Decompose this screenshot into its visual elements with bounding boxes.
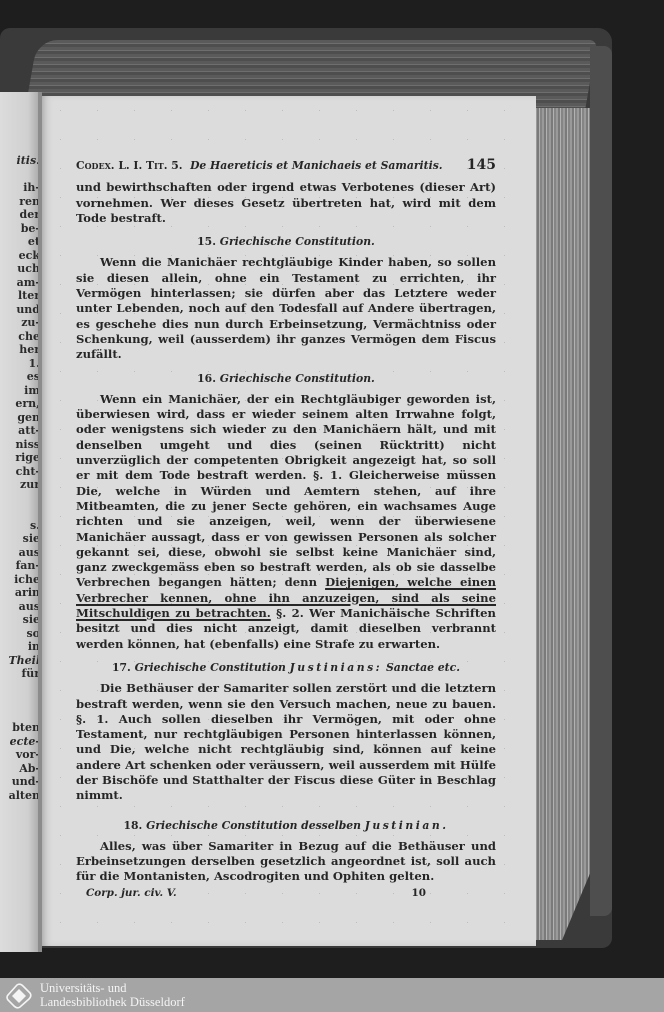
scan-viewport: itis. ih-renderbe-eteckucham-lterundzu-c…	[0, 0, 664, 978]
book-page: Codex. L. I. Tit. 5. De Haereticis et Ma…	[42, 96, 536, 946]
section-16-text: Wenn ein Manichäer, der ein Rechtgläubig…	[76, 392, 496, 652]
left-page-line: fan-	[2, 559, 40, 573]
page-number: 145	[467, 158, 496, 173]
left-page-line: vor-	[2, 748, 40, 762]
left-page-line	[2, 708, 40, 722]
left-page-line: et	[2, 235, 40, 249]
section-15-text: Wenn die Manichäer rechtgläubige Kinder …	[76, 255, 496, 362]
left-page-line: am-	[2, 276, 40, 290]
left-page-line: che	[2, 330, 40, 344]
left-page-line: in	[2, 640, 40, 654]
codex-reference: Codex. L. I. Tit. 5.	[76, 159, 183, 172]
left-page-line: so	[2, 627, 40, 641]
opening-paragraph: und bewirthschaften oder irgend etwas Ve…	[76, 180, 496, 226]
left-page-line: für	[2, 667, 40, 681]
running-head-title: Codex. L. I. Tit. 5. De Haereticis et Ma…	[76, 158, 443, 173]
left-page-line: ih-	[2, 181, 40, 195]
library-footer-bar: Universitäts- und Landesbibliothek Düsse…	[0, 978, 664, 1012]
library-name-line1: Universitäts- und	[40, 981, 185, 995]
left-page-line	[2, 694, 40, 708]
left-page-line: bten	[2, 721, 40, 735]
left-page-line: iche	[2, 573, 40, 587]
book-right-cover	[590, 46, 612, 916]
section-17-text: Die Bethäuser der Samariter sollen zerst…	[76, 681, 496, 803]
left-page-line: itis.	[2, 154, 40, 168]
left-page-line: be-	[2, 222, 40, 236]
left-page-line: und-	[2, 775, 40, 789]
left-page-line: 1.	[2, 357, 40, 371]
signature-line: Corp. jur. civ. V. 10	[76, 886, 496, 901]
left-page-line: sie	[2, 613, 40, 627]
left-page-line: und	[2, 303, 40, 317]
left-page-line: der	[2, 208, 40, 222]
left-page-line: zu-	[2, 316, 40, 330]
section-16-title: 16. Griechische Constitution.	[76, 371, 496, 386]
left-page-line: ecte-	[2, 735, 40, 749]
left-page-line: rige	[2, 451, 40, 465]
book-logo-icon	[4, 981, 34, 1009]
title-heading: De Haereticis et Manichaeis et Samaritis…	[190, 159, 443, 172]
left-page-line: ern,	[2, 397, 40, 411]
left-page-line: aus	[2, 600, 40, 614]
left-page-line: cht-	[2, 465, 40, 479]
section-18-title: 18. Griechische Constitution desselben J…	[76, 818, 496, 833]
left-page-line: Theil	[2, 654, 40, 668]
left-page-line: ren	[2, 195, 40, 209]
left-page-line: eck	[2, 249, 40, 263]
left-page-line: gen	[2, 411, 40, 425]
left-page-line	[2, 505, 40, 519]
section-18-text: Alles, was über Samariter in Bezug auf d…	[76, 839, 496, 885]
left-page-line: lter	[2, 289, 40, 303]
left-page-line: uch	[2, 262, 40, 276]
left-page-line: alten	[2, 789, 40, 803]
left-page-line: her	[2, 343, 40, 357]
page-content: Codex. L. I. Tit. 5. De Haereticis et Ma…	[76, 158, 496, 901]
signature-mark: Corp. jur. civ. V.	[86, 886, 177, 901]
left-page-line: s.	[2, 519, 40, 533]
running-head: Codex. L. I. Tit. 5. De Haereticis et Ma…	[76, 158, 496, 173]
left-page-text: itis. ih-renderbe-eteckucham-lterundzu-c…	[2, 154, 40, 802]
left-page-line: zur	[2, 478, 40, 492]
left-page-line: im	[2, 384, 40, 398]
left-page-line: aus	[2, 546, 40, 560]
left-page-line: es	[2, 370, 40, 384]
left-page-line	[2, 681, 40, 695]
left-page-line	[2, 492, 40, 506]
left-page-line: arin	[2, 586, 40, 600]
library-name: Universitäts- und Landesbibliothek Düsse…	[40, 981, 185, 1009]
section-17-title: 17. Griechische Constitution Justinians:…	[76, 660, 496, 675]
left-page-line: niss	[2, 438, 40, 452]
left-page-fragment: itis. ih-renderbe-eteckucham-lterundzu-c…	[0, 92, 40, 952]
left-page-line: att-	[2, 424, 40, 438]
section-15-title: 15. Griechische Constitution.	[76, 234, 496, 249]
left-page-line: Ab-	[2, 762, 40, 776]
signature-number: 10	[412, 886, 426, 901]
left-page-line	[2, 168, 40, 182]
left-page-line: sie	[2, 532, 40, 546]
book-page-edges	[528, 108, 590, 940]
library-name-line2: Landesbibliothek Düsseldorf	[40, 995, 185, 1009]
